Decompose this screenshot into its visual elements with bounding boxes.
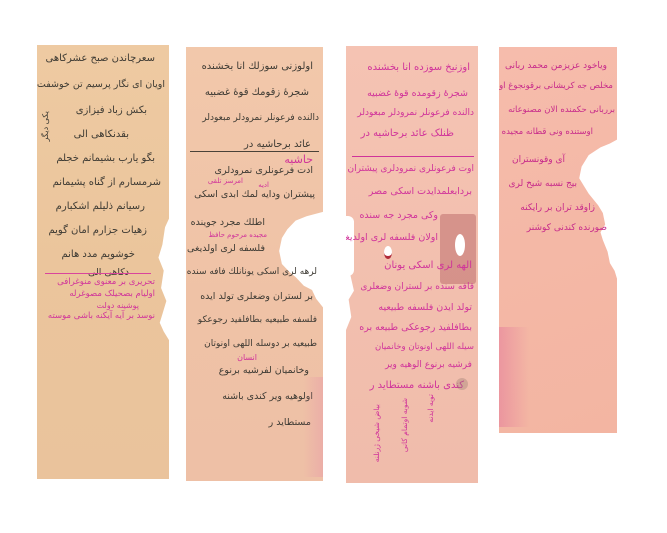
text-line: بقدنکاهی الی (74, 129, 129, 140)
vertical-note: شوبه اوتمام کانی (400, 398, 409, 452)
text-line: شرمسارم از گناه پشیمانم (53, 177, 161, 188)
text-line: اویان ای نگار پرسیم تن خوشفت (37, 79, 165, 90)
text-line: برربانی حکمنده الان مصنوعاته (508, 105, 615, 115)
text-line: زهیات جزارم امان گویم (48, 225, 147, 236)
text-line: اولوزنی سوزلك انا بخشنده (202, 61, 313, 72)
text-line: دالنده فرعونلر نمرودلر مبعودلر (202, 113, 319, 123)
text-line: شجرهٔ زقومك قوهٔ غضبیه (205, 87, 309, 98)
text-line: عائد برحاشیه در (244, 139, 311, 150)
grey-spot (456, 378, 468, 390)
text-line: بردابعلمدایدت اسکی مصر (369, 186, 472, 197)
text-line: بر لستران وضعلری تولد ایده (200, 291, 313, 302)
manuscript-fragment-4: ویاخود عزیزمن محمد ربانی مخلص جه کریشانی… (499, 47, 617, 433)
text-line: دالنده فرعونلر نمرودلر مبعودلر (357, 108, 474, 118)
pink-smudge (499, 327, 529, 427)
text-line: شجرهٔ زقومده قوهٔ غضبیه (367, 88, 468, 99)
text-line: ظنلک عائد برحاشیه در (361, 128, 454, 139)
text-line: رسیانم ذلیلم اشکبارم (56, 201, 145, 212)
torn-hole (455, 234, 465, 256)
text-line: پوشینه دولت (97, 301, 139, 310)
text-line: سیله اللهی اونوتان وخانمیان (375, 342, 474, 352)
divider-line (352, 156, 474, 157)
text-line: طبیعیه بر دوسله اللهی اونوتان (204, 339, 317, 349)
text-line: کندی باشنه مستطاید ر (370, 380, 464, 391)
manuscript-fragment-1: سعرچاندن صبح عشرکاهی اویان ای نگار پرسیم… (37, 45, 169, 479)
text-line: فلسفه لری اولدیغی گبی (186, 243, 265, 254)
annotation: ادیه (258, 181, 269, 189)
text-line: تولد ایدن فلسفه طبیعیه (378, 302, 472, 313)
manuscript-fragment-2: اولوزنی سوزلك انا بخشنده شجرهٔ زقومك قوه… (186, 47, 323, 481)
text-line: اولان فلسفه لری اولدیغی (346, 232, 438, 243)
text-line: بطافلفید رجوعکی طبیعه بره (359, 322, 472, 333)
annotation: امرسز تلقی (208, 177, 243, 185)
text-line: قافه سنده بر لستران وضعلری (360, 282, 474, 292)
divider-line (45, 273, 151, 274)
vertical-note: بیاض شیخی ژرنلنه (372, 404, 381, 462)
text-line: وکی مجرد جه سنده (359, 210, 438, 221)
text-line: بیج نسبه شیخ لری (508, 179, 577, 189)
text-line: لرهه لری اسکی یونانلك فافه سنده (187, 267, 317, 277)
text-line: تحریری بر معنوی منوغرافی (57, 277, 155, 287)
text-line: اولوهیه ویر کندی باشنه (222, 391, 313, 402)
text-line: سعرچاندن صبح عشرکاهی (46, 53, 155, 64)
vertical-note: تویه ایدنه (426, 394, 435, 423)
text-line: اوزنیخ سوزده انا بخشنده (367, 62, 470, 73)
text-line: اوستنده ونی قطانه مجیده (502, 127, 593, 137)
text-line: وخانمیان لفرشیه برنوع (219, 365, 309, 376)
text-line: اولیام بصحیلک مصوغرله (69, 289, 155, 299)
text-line: زاوقد تران بر رایکنه (520, 203, 595, 213)
text-line: ادت فرعونلری نمرودلری (215, 165, 313, 176)
text-line: بکش زباد فیزازی (76, 105, 147, 116)
text-line: بگو یارب بشیمانم خجلم (56, 153, 155, 164)
text-line: مخلص جه کریشانی برقونجوغ اوده (499, 81, 613, 91)
text-line: صورنده کندنی کوشنر (527, 223, 607, 233)
text-line: پیشتران ودایه لمك ابدی اسکی (194, 189, 315, 200)
pink-smudge (303, 377, 323, 477)
text-line: فرشیه برنوع الوهیه ویر (385, 360, 472, 370)
text-line: خوشویم مدد هانم (61, 249, 135, 260)
text-line: نوسد بر آیه آیکنه باشی موسته (48, 311, 155, 321)
text-line: فلسفه طبیعیه بطافلفید رجوعکو (198, 315, 317, 325)
manuscript-fragment-3: اوزنیخ سوزده انا بخشنده شجرهٔ زقومده قوه… (346, 46, 478, 483)
annotation: انسان (237, 353, 257, 362)
torn-hole (384, 246, 392, 259)
divider-line (190, 151, 319, 152)
annotation: مجیده مرحوم حافظ (208, 231, 267, 239)
torn-hole (346, 216, 354, 276)
text-line: آی وقونستران (512, 155, 565, 165)
margin-note: یکی دیگر (41, 111, 50, 141)
text-line: الهه لری اسکی یونان (384, 260, 472, 271)
text-line: ویاخود عزیزمن محمد ربانی (505, 61, 607, 71)
text-line: اوت فرعونلری نمرودلری پیشتران (347, 164, 474, 174)
text-line: اطلك مجرد جوینده (191, 217, 265, 228)
